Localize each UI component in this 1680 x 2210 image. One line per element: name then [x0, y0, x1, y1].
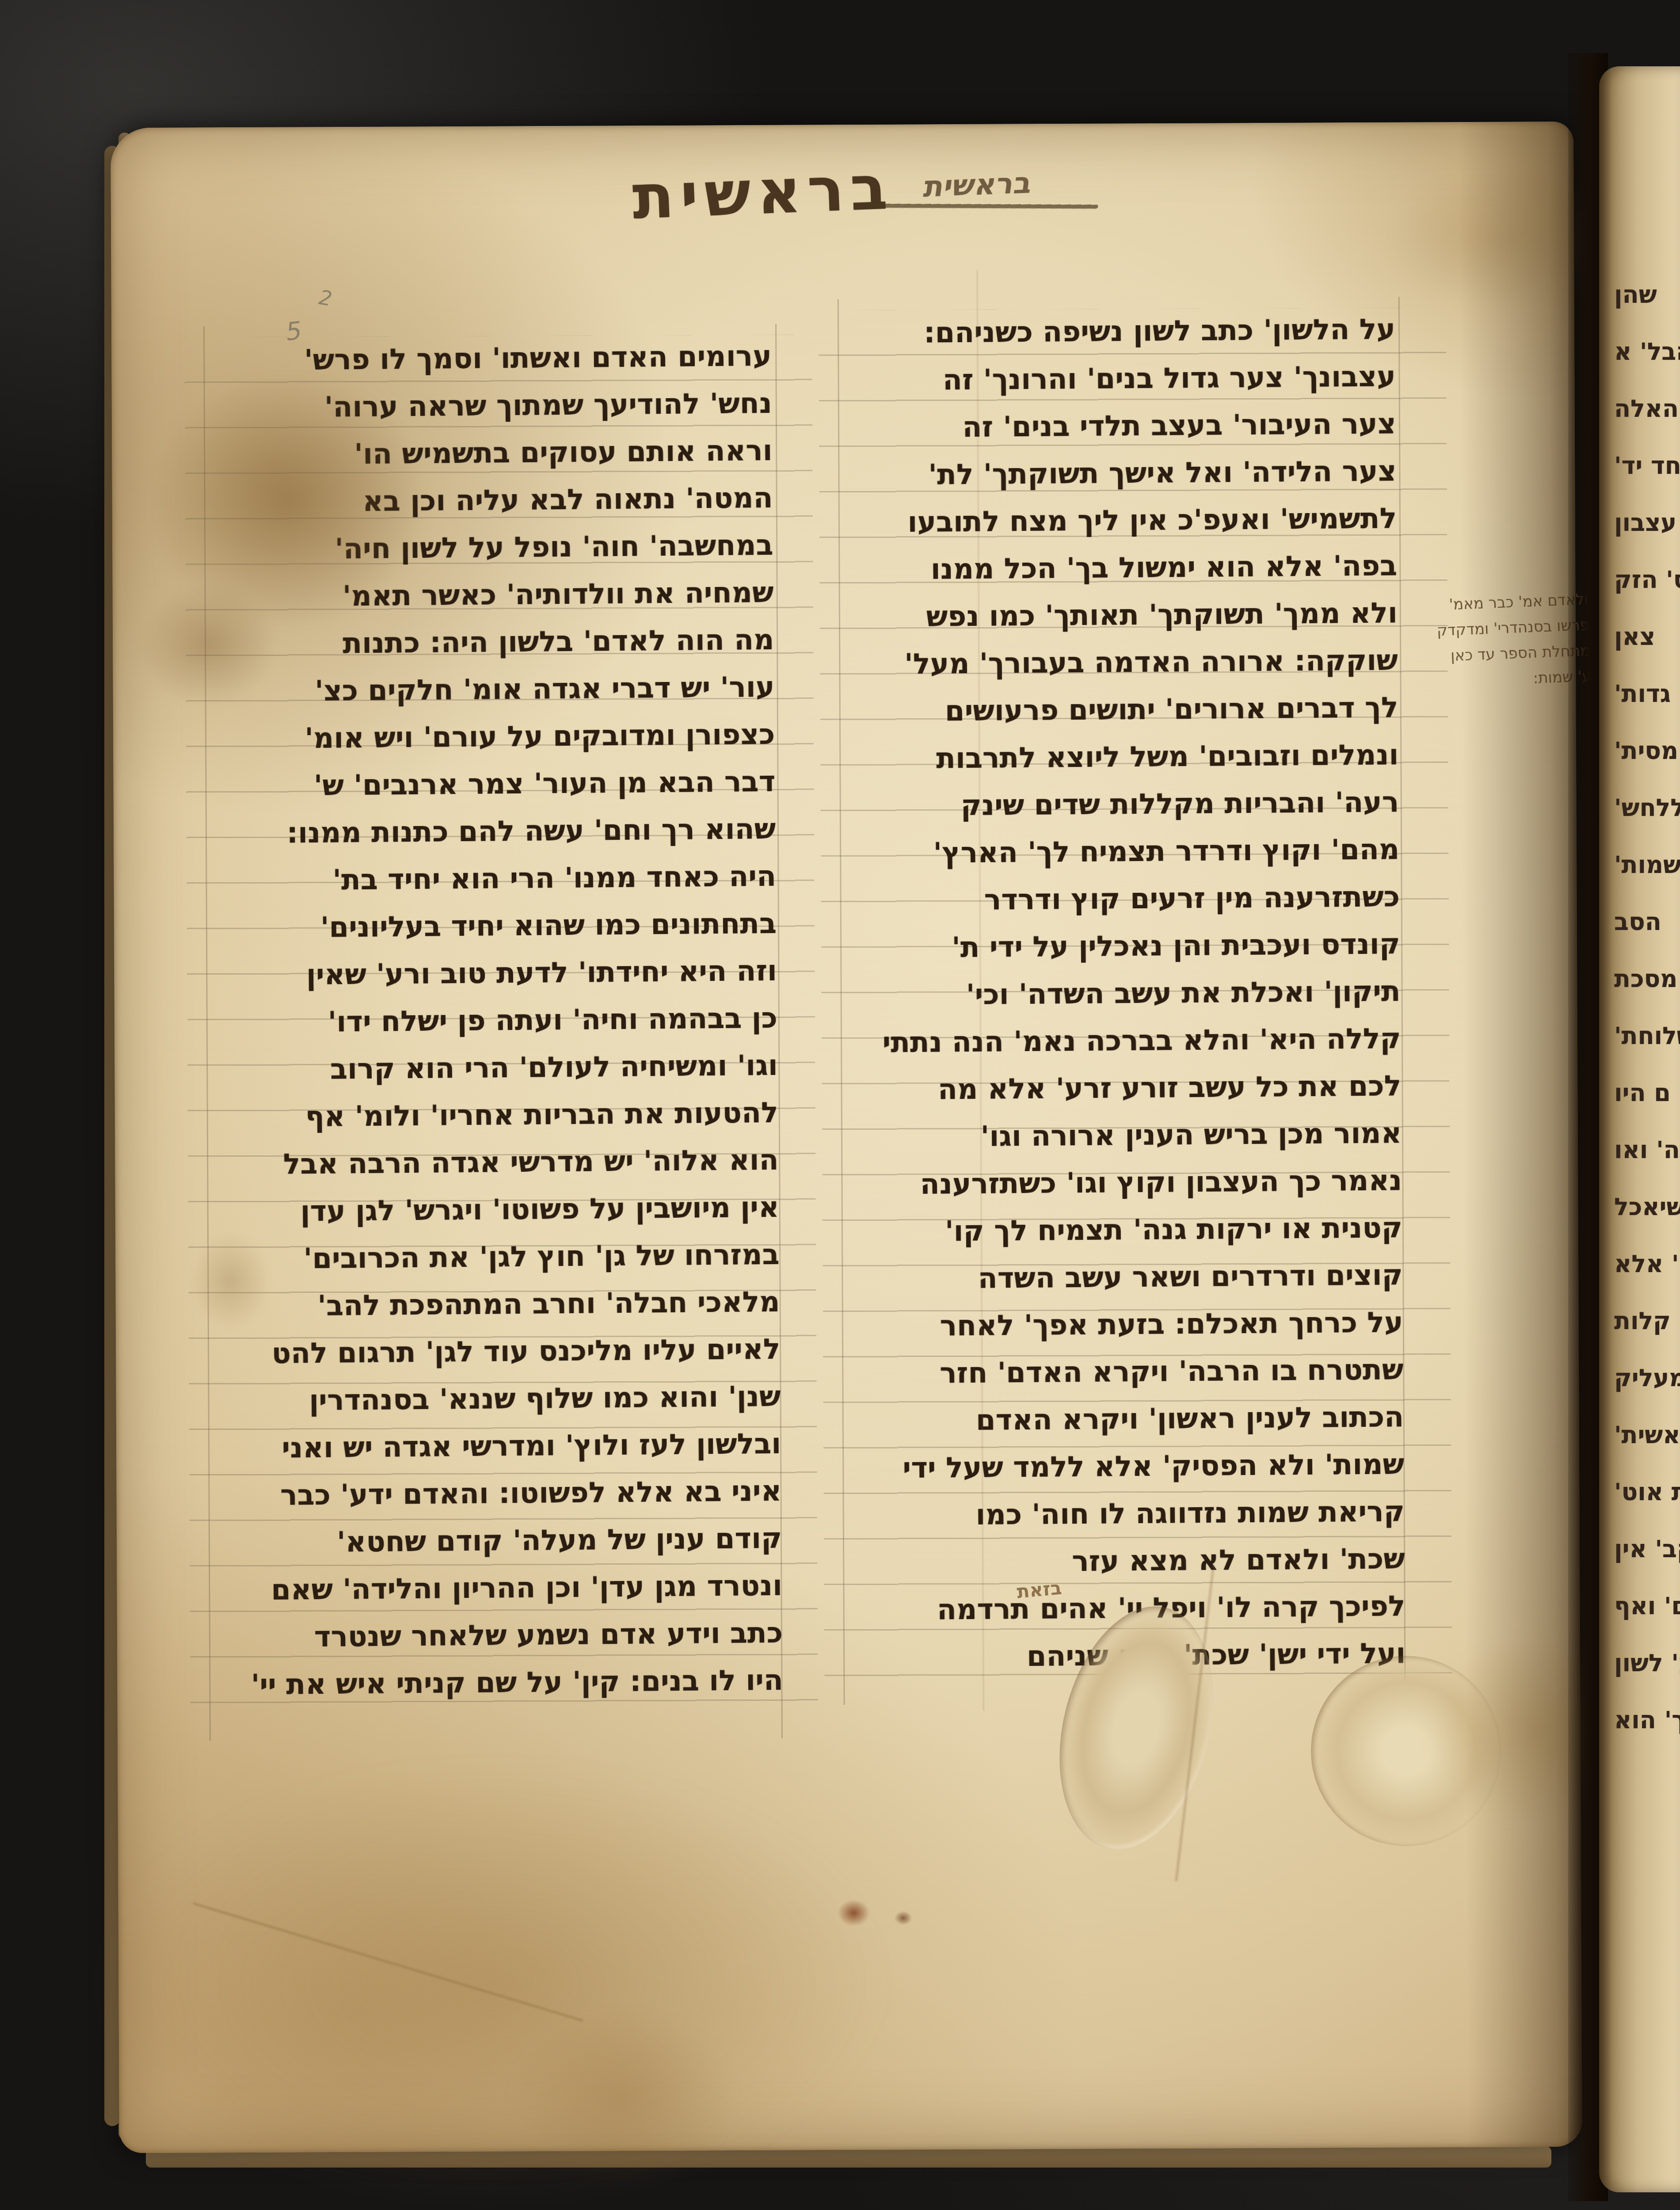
main-page: 2 5 בראשית בראשית על הלשון' כתב לשון נשי…: [110, 122, 1582, 2153]
manuscript-text-line: לאיים עליו מליכנס עוד לגן' תרגום להט: [211, 1326, 781, 1378]
adjacent-page-text-fragment: ב מעליק: [1614, 1349, 1680, 1406]
adjacent-page-text-fragment: ם היו: [1614, 1064, 1680, 1121]
adjacent-page-text-fragment: ך' הוא: [1614, 1692, 1680, 1749]
text-column-right: על הלשון' כתב לשון נשיפה כשניהם:עצבונך' …: [837, 306, 1406, 1682]
manuscript-text-line: קוצים ודרדרים ושאר עשב השדה: [844, 1252, 1403, 1303]
pencil-mark-top: 2: [317, 285, 334, 311]
manuscript-text-line: נאמר כך העצבון וקוץ וגו' כשתזרענה: [844, 1157, 1402, 1209]
manuscript-text-line: לתשמיש' ואעפ'כ אין ליך מצח לתובעו: [838, 495, 1397, 547]
manuscript-text-line: היו לו בנים: קין' על שם קניתי איש את יי': [213, 1657, 783, 1709]
adjacent-page-text-fragment: תה' ואו: [1614, 1121, 1680, 1178]
manuscript-text-line: לך דברים ארורים' יתושים פרעושים: [840, 684, 1398, 736]
manuscript-text-line: כתב וידע אדם נשמע שלאחר שנטרד: [213, 1610, 783, 1662]
adjacent-page-edge: שהןהבל' אהאלהחד יד'עצבוןס' הזקצאןגדות'של…: [1599, 66, 1680, 2192]
adjacent-page-text: שהןהבל' אהאלהחד יד'עצבוןס' הזקצאןגדות'של…: [1614, 266, 1680, 1749]
manuscript-text-line: להטעות את הבריות אחריו' ולומ' אף: [209, 1090, 778, 1142]
manuscript-text-line: היה כאחד ממנו' הרי הוא יחיד בת': [207, 853, 777, 905]
manuscript-text-line: שוקקה: ארורה האדמה בעבורך' מעל': [839, 637, 1398, 689]
manuscript-text-line: על כרחך תאכלם: בזעת אפך' לאחר: [845, 1299, 1403, 1351]
page-header: בראשית בראשית: [632, 156, 1032, 229]
manuscript-text-line: שתטרח בו הרבה' ויקרא האדם' חזר: [845, 1346, 1404, 1398]
manuscript-text-line: אין מיושבין על פשוטו' ויגרש' לגן עדן: [210, 1184, 779, 1236]
adjacent-page-text-fragment: חד יד': [1614, 437, 1680, 494]
manuscript-text-line: כצפורן ומדובקים על עורם' ויש אומ': [206, 711, 775, 763]
adjacent-page-text-fragment: ס' הזק: [1614, 551, 1680, 608]
manuscript-text-line: הכתוב לענין ראשון' ויקרא האדם: [846, 1394, 1404, 1445]
stain-bottom-left-large: [91, 1760, 888, 2206]
manuscript-text-line: קללה היא' והלא בברכה נאמ' הנה נתתי: [842, 1015, 1401, 1067]
adjacent-page-text-fragment: אשית': [1614, 1406, 1680, 1463]
manuscript-text-line: במזרחו של גן' חוץ לגן' את הכרובים': [210, 1231, 780, 1284]
adjacent-page-text-fragment: ע' לשון: [1614, 1635, 1680, 1692]
manuscript-text-line: שכת' ולאדם לא מצא עזר: [846, 1536, 1405, 1587]
manuscript-text-line: בתחתונים כמו שהוא יחיד בעליונים': [207, 900, 777, 953]
marginal-note-line: ולאדם אמ' כבר מאמ': [1442, 587, 1589, 618]
adjacent-page-text-fragment: גדות': [1614, 665, 1680, 722]
manuscript-text-line: הוא אלוה' יש מדרשי אגדה הרבה אבל: [209, 1137, 779, 1189]
adjacent-page-text-fragment: מסכת: [1614, 950, 1680, 1007]
manuscript-text-line: שמות' ולא הפסיק' אלא ללמד שעל ידי: [846, 1441, 1405, 1493]
manuscript-text-line: שהוא רך וחם' עשה להם כתנות ממנו:: [206, 806, 776, 858]
manuscript-text-line: על הלשון' כתב לשון נשיפה כשניהם:: [837, 306, 1395, 358]
adjacent-page-text-fragment: עצבון: [1614, 494, 1680, 551]
manuscript-text-line: צער הלידה' ואל אישך תשוקתך' לת': [838, 448, 1397, 499]
manuscript-text-line: קטנית או ירקות גנה' תצמיח לך קו': [844, 1204, 1402, 1256]
manuscript-text-line: ובלשון לעז ולוץ' ומדרשי אגדה יש ואני: [212, 1421, 781, 1473]
adjacent-page-text-fragment: שלוחת': [1614, 1007, 1680, 1064]
stain-left-edge: [137, 583, 279, 707]
adjacent-page-text-fragment: בת אוט': [1614, 1463, 1680, 1520]
manuscript-text-line: כן בבהמה וחיה' ועתה פן ישלח ידו': [208, 995, 777, 1047]
adjacent-page-text-fragment: שיאכל: [1614, 1178, 1680, 1235]
manuscript-text-line: וזה היא יחידתו' לדעת טוב ורע' שאין: [207, 948, 777, 1000]
ink-spot-small: [895, 1911, 912, 1925]
manuscript-text-line: רעה' והבריות מקללות שדים שינק: [841, 779, 1399, 831]
adjacent-page-text-fragment: שמות': [1614, 836, 1680, 893]
adjacent-page-text-fragment: הבל' א: [1614, 323, 1680, 380]
adjacent-page-text-fragment: של מסית': [1614, 722, 1680, 779]
adjacent-page-text-fragment: שהן: [1614, 266, 1680, 323]
manuscript-text-line: איני בא אלא לפשוטו: והאדם ידע' כבר: [212, 1468, 782, 1520]
manuscript-text-line: ונטרד מגן עדן' וכן ההריון והלידה' שאם: [213, 1562, 783, 1615]
manuscript-text-line: ולא ממך' תשוקתך' תאותך' כמו נפש: [839, 590, 1398, 641]
manuscript-text-line: קודם ענין של מעלה' קודם שחטא': [213, 1515, 782, 1567]
interlinear-correction: בזאת: [1016, 1577, 1063, 1603]
manuscript-text-line: קונדס ועכבית והן נאכלין על ידי ת': [842, 921, 1400, 972]
stain-bottom-center: [508, 2008, 739, 2186]
manuscript-text-line: ונמלים וזבובים' משל ליוצא לתרבות: [840, 732, 1399, 783]
manuscript-text-line: מהם' וקוץ ודרדר תצמיח לך' הארץ': [841, 826, 1400, 878]
adjacent-page-text-fragment: חוה' אלא: [1614, 1235, 1680, 1292]
manuscript-text-line: לכם את כל עשב זורע זרע' אלא מה: [843, 1063, 1402, 1114]
manuscript-text-line: אמור מכן בריש הענין ארורה וגו': [843, 1110, 1402, 1162]
manuscript-text-line: בפה' אלא הוא ימשול בך' הכל ממנו: [839, 542, 1398, 594]
header-title-large: בראשית: [631, 152, 895, 233]
manuscript-text-line: קריאת שמות נזדווגה לו חוה' כמו: [846, 1488, 1405, 1540]
adjacent-page-text-fragment: הסב: [1614, 893, 1680, 950]
manuscript-text-line: עור' יש דברי אגדה אומ' חלקים כצ': [205, 664, 775, 716]
ink-spot-red: [838, 1900, 870, 1926]
manuscript-photo: { "page": { "header": { "title_large": "…: [0, 0, 1680, 2210]
adjacent-page-text-fragment: ללחש': [1614, 779, 1680, 836]
manuscript-text-line: צער העיבור' בעצב תלדי בנים' זה: [838, 400, 1396, 452]
header-title-cursive-flourish: בראשית: [922, 165, 1034, 204]
adjacent-page-text-fragment: קלות: [1614, 1292, 1680, 1349]
adjacent-page-text-fragment: ם' ואף: [1614, 1577, 1680, 1635]
stain-mid-left: [190, 1232, 270, 1330]
manuscript-text-line: וגו' ומשיחיה לעולם' הרי הוא קרוב: [208, 1042, 778, 1094]
manuscript-text-line: דבר הבא מן העור' צמר ארנבים' ש': [206, 758, 776, 811]
manuscript-text-line: מלאכי חבלה' וחרב המתהפכת להב': [210, 1279, 780, 1331]
adjacent-page-text-fragment: צאן: [1614, 608, 1680, 665]
manuscript-text-line: שנן' והוא כמו שלוף שננא' בסנהדרין: [211, 1373, 781, 1425]
adjacent-page-text-fragment: עקב' אין: [1614, 1520, 1680, 1577]
manuscript-text-line: כשתזרענה מין זרעים קוץ ודרדר: [842, 873, 1400, 925]
manuscript-text-line: תיקון' ואכלת את עשב השדה' וכי': [842, 968, 1401, 1020]
adjacent-page-text-fragment: האלה: [1614, 380, 1680, 437]
manuscript-text-line: עצבונך' צער גדול בנים' והרונך' זה: [837, 353, 1396, 405]
